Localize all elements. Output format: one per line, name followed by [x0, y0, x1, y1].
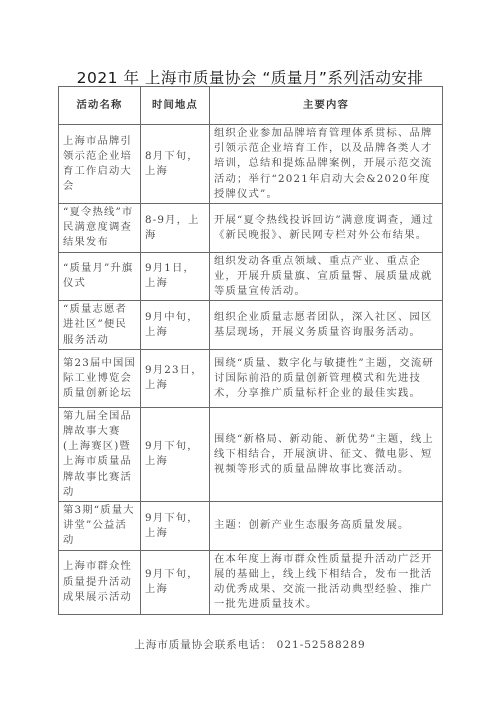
time-place-cell: 9月下旬，上海	[141, 407, 210, 501]
content-cell: 组织企业参加品牌培育管理体系贯标、品牌引领示范企业培育工作，以及品牌各类人才培训…	[210, 125, 443, 204]
content-cell: 组织企业质量志愿者团队，深入社区、园区基层现场，开展义务质量咨询服务活动。	[210, 301, 443, 350]
activity-name-cell: 上海市群众性质量提升活动成果展示活动	[59, 550, 141, 614]
content-cell: 组织发动各重点领域、重点产业、重点企业，开展升质量旗、宣质量誓、展质量成就等质量…	[210, 252, 443, 301]
header-activity-name: 活动名称	[59, 87, 141, 125]
activity-name-cell: 上海市品牌引领示范企业培育工作启动大会	[59, 125, 141, 204]
table-row: 第23届中国国际工业博览会质量创新论坛9月23日，上海围绕“质量、数字化与敏捷性…	[59, 349, 443, 407]
table-header-row: 活动名称 时间地点 主要内容	[59, 87, 443, 125]
document-title: 2021 年 上海市质量协会 “质量月”系列活动安排	[0, 66, 500, 88]
content-cell: 围绕“质量、数字化与敏捷性”主题，交流研讨国际前沿的质量创新管理模式和先进技术，…	[210, 349, 443, 407]
time-place-cell: 9月中旬，上海	[141, 301, 210, 350]
header-time-place: 时间地点	[141, 87, 210, 125]
activity-name-cell: “夏令热线”市民满意度调查结果发布	[59, 204, 141, 253]
content-cell: 开展“夏令热线投诉回访”满意度调查，通过《新民晚报》、新民网专栏对外公布结果。	[210, 204, 443, 253]
table-row: “夏令热线”市民满意度调查结果发布8-9月，上海开展“夏令热线投诉回访”满意度调…	[59, 204, 443, 253]
time-place-cell: 8-9月，上海	[141, 204, 210, 253]
table-row: 上海市品牌引领示范企业培育工作启动大会8月下旬，上海组织企业参加品牌培育管理体系…	[59, 125, 443, 204]
table-row: 第九届全国品牌故事大赛(上海赛区)暨上海市质量品牌故事比赛活动9月下旬，上海围绕…	[59, 407, 443, 501]
activity-name-cell: 第九届全国品牌故事大赛(上海赛区)暨上海市质量品牌故事比赛活动	[59, 407, 141, 501]
activity-name-cell: “质量月”升旗仪式	[59, 252, 141, 301]
time-place-cell: 9月23日，上海	[141, 349, 210, 407]
content-cell: 主题：创新产业生态服务高质量发展。	[210, 502, 443, 551]
activity-name-cell: 第23届中国国际工业博览会质量创新论坛	[59, 349, 141, 407]
table-row: “质量志愿者进社区”便民服务活动9月中旬，上海组织企业质量志愿者团队，深入社区、…	[59, 301, 443, 350]
contact-footer: 上海市质量协会联系电话： 021-52588289	[0, 637, 500, 652]
table-row: 第3期“质量大讲堂”公益活动9月下旬，上海主题：创新产业生态服务高质量发展。	[59, 502, 443, 551]
table-row: “质量月”升旗仪式9月1日，上海组织发动各重点领域、重点产业、重点企业，开展升质…	[59, 252, 443, 301]
activity-name-cell: “质量志愿者进社区”便民服务活动	[59, 301, 141, 350]
activity-schedule-table: 活动名称 时间地点 主要内容 上海市品牌引领示范企业培育工作启动大会8月下旬，上…	[58, 86, 443, 615]
time-place-cell: 9月下旬，上海	[141, 502, 210, 551]
time-place-cell: 8月下旬，上海	[141, 125, 210, 204]
activity-name-cell: 第3期“质量大讲堂”公益活动	[59, 502, 141, 551]
header-main-content: 主要内容	[210, 87, 443, 125]
time-place-cell: 9月1日，上海	[141, 252, 210, 301]
content-cell: 围绕“新格局、新动能、新优势”主题，线上线下相结合，开展演讲、征文、微电影、短视…	[210, 407, 443, 501]
table-row: 上海市群众性质量提升活动成果展示活动9月下旬，上海在本年度上海市群众性质量提升活…	[59, 550, 443, 614]
time-place-cell: 9月下旬，上海	[141, 550, 210, 614]
content-cell: 在本年度上海市群众性质量提升活动广泛开展的基础上，线上线下相结合，发布一批活动优…	[210, 550, 443, 614]
